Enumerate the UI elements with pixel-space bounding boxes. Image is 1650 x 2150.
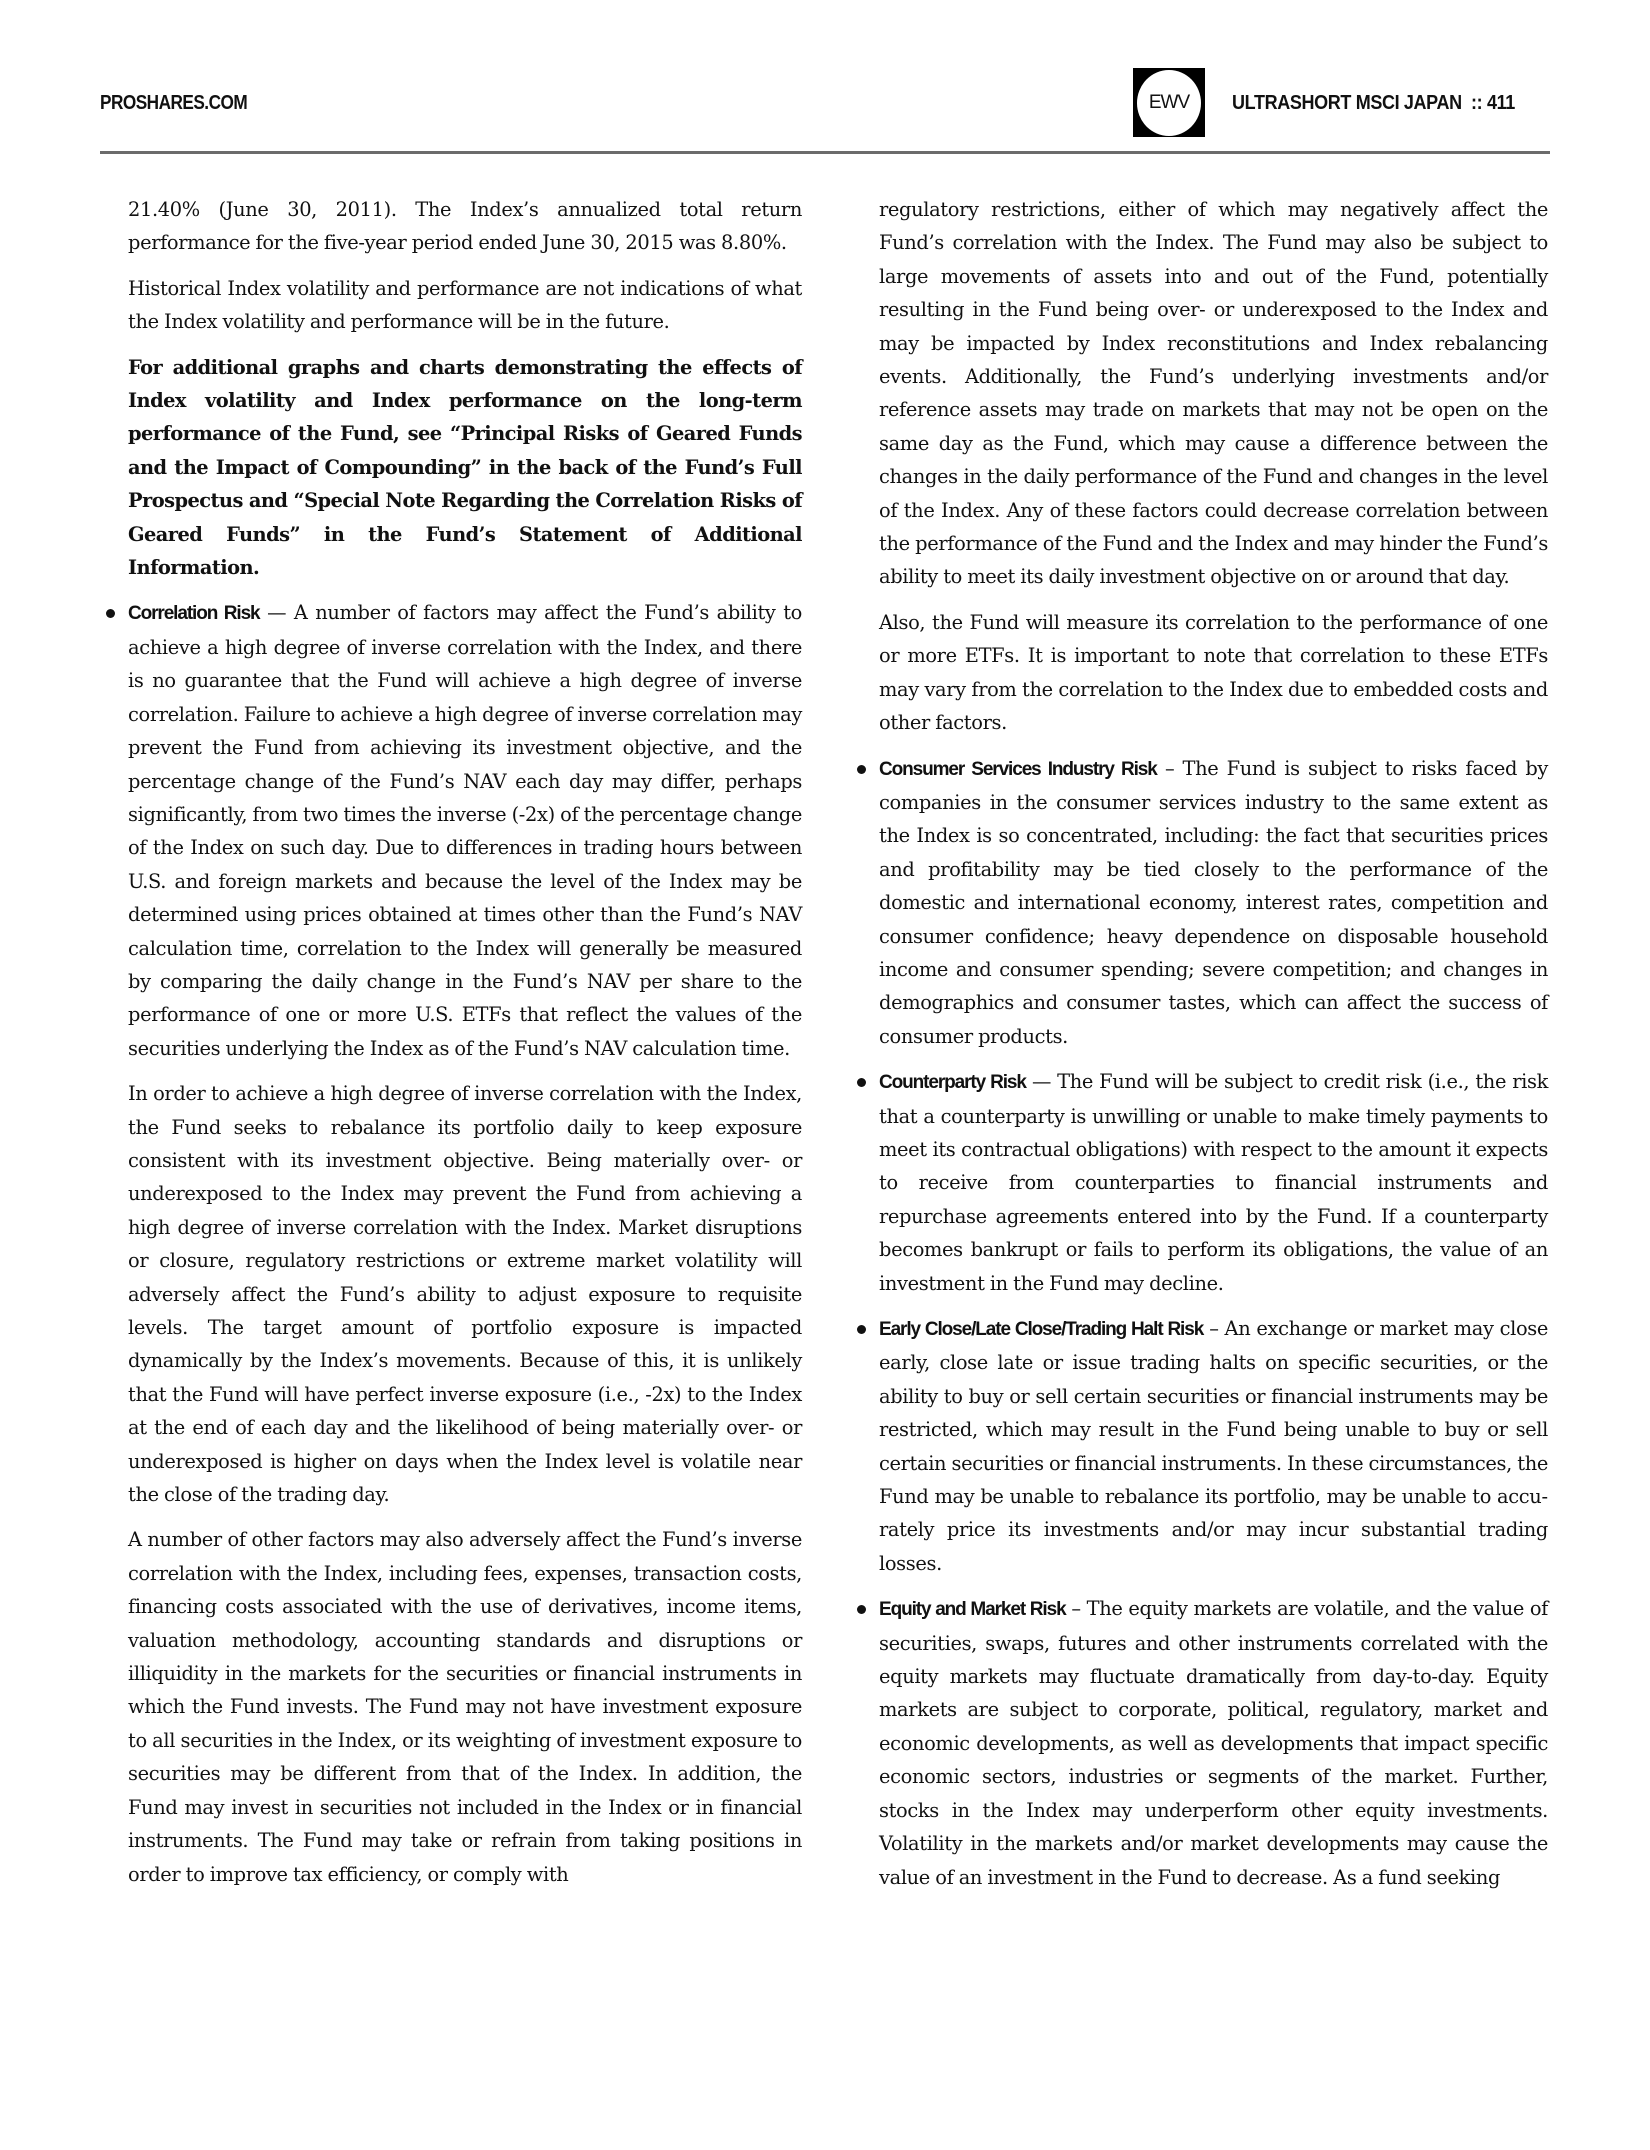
risk-item-consumer-services: Consumer Services Industry Risk – The Fu… bbox=[879, 752, 1548, 1054]
paragraph: Historical Index volatility and performa… bbox=[128, 272, 802, 339]
risk-item-counterparty: Counterparty Risk — The Fund will be sub… bbox=[879, 1065, 1548, 1300]
page-title: ULTRASHORT MSCI JAPAN :: 411 bbox=[1232, 92, 1515, 115]
ticker-badge-label: EWV bbox=[1137, 70, 1201, 136]
risk-text: – The equity markets are volatile, and t… bbox=[879, 1597, 1548, 1888]
left-column: 21.40% (June 30, 2011). The Index’s annu… bbox=[128, 193, 802, 1903]
bullet-icon bbox=[857, 1605, 866, 1614]
risk-text: – An exchange or market may close early,… bbox=[879, 1317, 1548, 1575]
risk-item-correlation: Correlation Risk — A number of factors m… bbox=[128, 596, 802, 1065]
paragraph: 21.40% (June 30, 2011). The Index’s annu… bbox=[128, 193, 802, 260]
risk-label: Correlation Risk bbox=[128, 603, 260, 624]
right-column: regulatory restrictions, either of which… bbox=[879, 193, 1548, 1906]
risk-label: Early Close/Late Close/Trading Halt Risk bbox=[879, 1319, 1203, 1340]
header-divider bbox=[100, 151, 1550, 154]
risk-text: — A number of factors may affect the Fun… bbox=[128, 601, 802, 1059]
risk-item-equity-market: Equity and Market Risk – The equity mark… bbox=[879, 1592, 1548, 1894]
paragraph: Also, the Fund will measure its correlat… bbox=[879, 606, 1548, 740]
ticker-badge: EWV bbox=[1133, 68, 1205, 137]
site-name: PROSHARES.COM bbox=[100, 92, 247, 115]
bold-notice-paragraph: For additional graphs and charts demonst… bbox=[128, 351, 802, 585]
bullet-icon bbox=[857, 1078, 866, 1087]
paragraph: A number of other factors may also adver… bbox=[128, 1523, 802, 1890]
bullet-icon bbox=[857, 765, 866, 774]
risk-label: Equity and Market Risk bbox=[879, 1599, 1066, 1620]
risk-label: Counterparty Risk bbox=[879, 1072, 1026, 1093]
risk-item-early-close: Early Close/Late Close/Trading Halt Risk… bbox=[879, 1312, 1548, 1580]
risk-text: – The Fund is subject to risks faced by … bbox=[879, 757, 1548, 1048]
paragraph: regulatory restrictions, either of which… bbox=[879, 193, 1548, 594]
risk-label: Consumer Services Industry Risk bbox=[879, 759, 1157, 780]
bullet-icon bbox=[106, 609, 115, 618]
risk-text: — The Fund will be subject to credit ris… bbox=[879, 1070, 1548, 1294]
bullet-icon bbox=[857, 1325, 866, 1334]
paragraph: In order to achieve a high degree of inv… bbox=[128, 1077, 802, 1511]
